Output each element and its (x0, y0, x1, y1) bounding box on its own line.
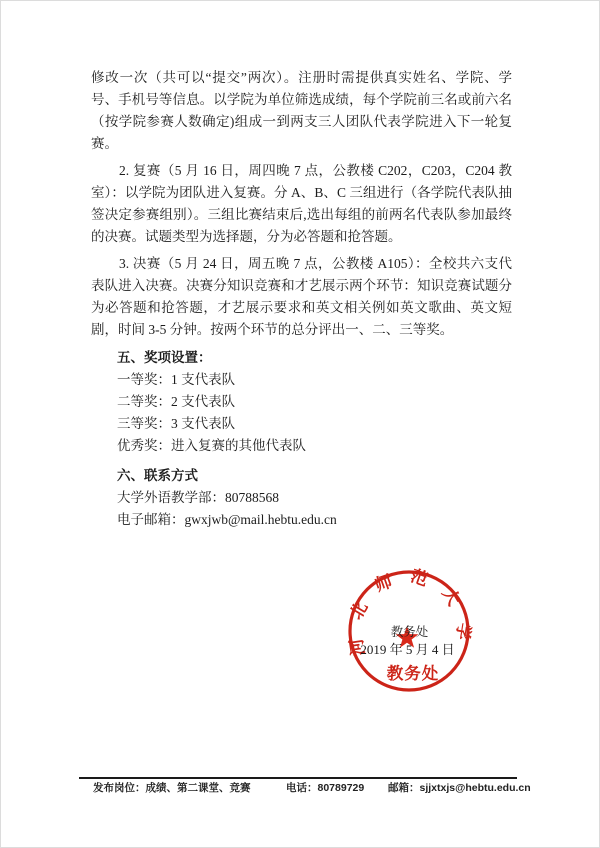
section-awards: 五、奖项设置： 一等奖：1 支代表队 二等奖：2 支代表队 三等奖：3 支代表队… (117, 347, 512, 457)
document-body: 修改一次（共可以“提交”两次）。注册时需提供真实姓名、学院、学号、手机号等信息。… (91, 67, 512, 531)
award-line-third: 三等奖：3 支代表队 (117, 413, 512, 435)
footer-positions: 发布岗位：成绩、第二课堂、竞赛 (93, 781, 251, 795)
contact-email-line: 电子邮箱：gwxjwb@mail.hebtu.edu.cn (117, 509, 512, 531)
signature-date: 2019 年 5 月 4 日 (347, 639, 468, 658)
section-heading-contact: 六、联系方式 (117, 465, 512, 487)
award-line-first: 一等奖：1 支代表队 (117, 369, 512, 391)
seal-bottom-text: 教务处 (387, 663, 440, 683)
footer-email: 邮箱：sjjxtxjs@hebtu.edu.cn (388, 781, 531, 795)
signature-department: 教务处 (357, 622, 462, 640)
section-heading-awards: 五、奖项设置： (117, 347, 512, 369)
footer-divider (79, 777, 517, 779)
paragraph-registration: 修改一次（共可以“提交”两次）。注册时需提供真实姓名、学院、学号、手机号等信息。… (91, 67, 512, 155)
footer-phone: 电话：80789729 (286, 781, 364, 795)
award-line-second: 二等奖：2 支代表队 (117, 391, 512, 413)
paragraph-final: 3. 决赛（5 月 24 日，周五晚 7 点，公教楼 A105）：全校共六支代表… (91, 253, 512, 341)
contact-phone-line: 大学外语教学部：80788568 (117, 487, 512, 509)
paragraph-semifinal: 2. 复赛（5 月 16 日，周四晚 7 点，公教楼 C202，C203，C20… (91, 160, 512, 248)
document-page: 修改一次（共可以“提交”两次）。注册时需提供真实姓名、学院、学号、手机号等信息。… (0, 0, 600, 848)
section-contact: 六、联系方式 大学外语教学部：80788568 电子邮箱：gwxjwb@mail… (117, 465, 512, 531)
award-line-excellence: 优秀奖：进入复赛的其他代表队 (117, 435, 512, 457)
